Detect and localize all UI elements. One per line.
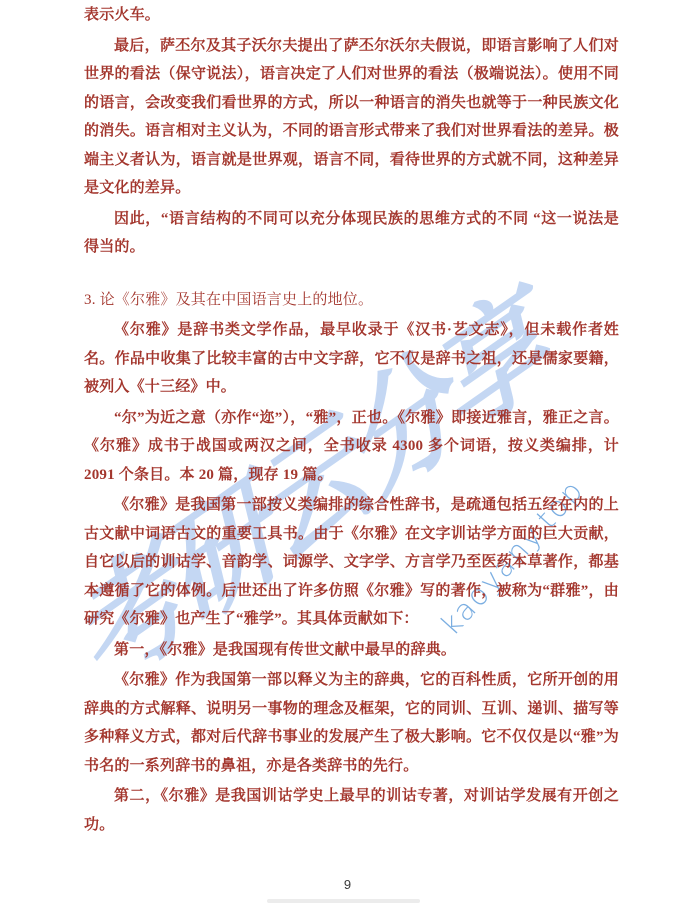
paragraph: 第一，《尔雅》是我国现有传世文献中最早的辞典。 <box>84 636 619 665</box>
footer-bar <box>267 899 420 903</box>
page-number: 9 <box>0 877 695 892</box>
paragraph: 表示火车。 <box>84 1 619 30</box>
paragraph: 因此，“语言结构的不同可以充分体现民族的思维方式的不同 “这一说法是得当的。 <box>84 205 619 262</box>
paragraph: 最后，萨丕尔及其子沃尔夫提出了萨丕尔沃尔夫假说，即语言影响了人们对世界的看法（保… <box>84 32 619 203</box>
document-page: 考研云分享 kaoyany.top 表示火车。最后，萨丕尔及其子沃尔夫提出了萨丕… <box>0 0 695 903</box>
paragraph: 《尔雅》作为我国第一部以释义为主的辞典，它的百科性质，它所开创的用辞典的方式解释… <box>84 666 619 780</box>
paragraph: “尔”为近之意（亦作“迩”），“雅”，正也。《尔雅》即接近雅言，雅正之言。《尔雅… <box>84 404 619 490</box>
paragraph: 3. 论《尔雅》及其在中国语言史上的地位。 <box>84 286 619 315</box>
document-content: 表示火车。最后，萨丕尔及其子沃尔夫提出了萨丕尔沃尔夫假说，即语言影响了人们对世界… <box>84 1 619 841</box>
paragraph: 《尔雅》是辞书类文学作品，最早收录于《汉书·艺文志》，但未载作者姓名。作品中收集… <box>84 316 619 402</box>
paragraph: 第二，《尔雅》是我国训诂学史上最早的训诂专著，对训诂学发展有开创之功。 <box>84 782 619 839</box>
paragraph: 《尔雅》是我国第一部按义类编排的综合性辞书，是疏通包括五经在内的上古文献中词语古… <box>84 491 619 634</box>
